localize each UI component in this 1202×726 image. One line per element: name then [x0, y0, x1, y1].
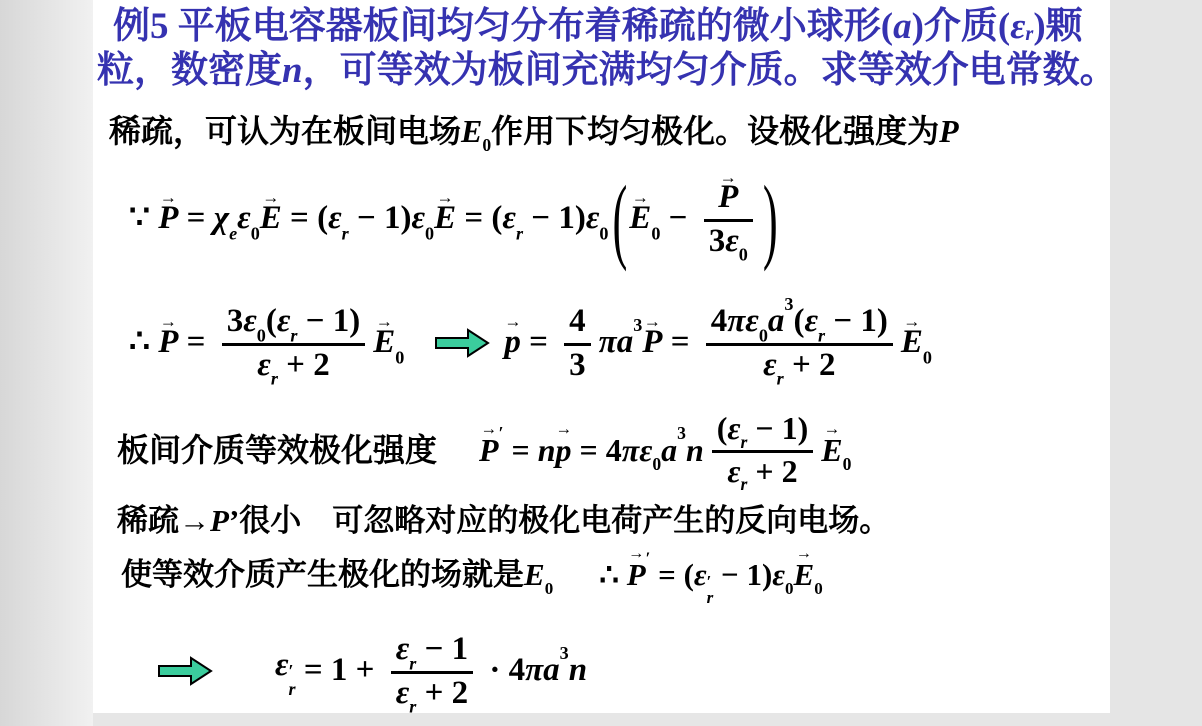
fraction: εr − 1εr + 2 — [391, 631, 473, 711]
vector-arrow-icon: → — [158, 313, 178, 330]
math-variable-core: ε — [411, 199, 425, 239]
math-letter: a — [661, 432, 677, 468]
slide-page: { "colors": { "title_blue": "#3532b0", "… — [0, 0, 1202, 726]
fraction: 4πε0a3(εr − 1)εr + 2 — [706, 303, 893, 383]
subscript: 0 — [545, 579, 554, 599]
text-run: 粒，数密度 — [97, 49, 282, 93]
math-letter: π — [599, 324, 617, 360]
subscript: r — [290, 326, 297, 346]
math-variable-core: χ — [214, 199, 229, 239]
superscript: ′ — [646, 548, 651, 568]
math-variable: εr — [277, 303, 298, 339]
math-variable-core: ε — [257, 347, 271, 383]
math-operator: − 1) — [713, 556, 772, 593]
math-variable-core: ε — [275, 646, 289, 686]
math-letter: ε — [502, 200, 516, 236]
math-operator: = — [662, 323, 697, 363]
math-operator: − 1) — [747, 411, 808, 446]
subscript: 0 — [759, 326, 768, 346]
math-variable: εr — [502, 199, 523, 239]
math-letter: n — [282, 50, 303, 91]
math-variable: ε0 — [243, 303, 266, 339]
text-run: ，可等效为板间充满均匀介质。求等效介电常数。 — [303, 49, 1117, 93]
math-operator: − 1) — [349, 199, 412, 239]
text-run: 稀疏，可认为在板间电场 — [109, 112, 461, 150]
math-letter: ε — [586, 200, 600, 236]
subscript: r — [707, 590, 714, 606]
math-variable: →E0 — [373, 323, 404, 363]
math-variable-core: →P — [479, 431, 499, 469]
math-variable: n — [538, 431, 556, 469]
math-variable-core: →P — [642, 323, 662, 363]
field-note-line: 使等效介质产生极化的场就是E0∴ →P′ = (ε′r − 1)ε0→E0 — [121, 556, 823, 614]
math-variable: →E0 — [794, 556, 823, 593]
math-variable: ε0 — [772, 556, 793, 593]
math-operator: − 1) — [825, 303, 888, 339]
vector-arrow-icon: → — [718, 169, 738, 186]
math-operator: − 1 — [416, 631, 468, 667]
subscript: r — [289, 681, 296, 698]
math-letter: P — [210, 503, 229, 538]
subscript: r — [818, 326, 825, 346]
math-variable-core: →P — [718, 179, 738, 215]
math-variable-core: ε — [586, 199, 600, 239]
math-variable-core: E — [461, 112, 482, 150]
subscript: 0 — [923, 347, 932, 369]
subscript: 0 — [257, 326, 266, 346]
math-letter: π — [622, 432, 639, 468]
math-variable-core: ε — [396, 675, 410, 711]
subscript: 0 — [739, 245, 748, 265]
math-variable: π — [622, 431, 639, 469]
math-variable: →P′ — [627, 556, 651, 593]
math-variable-core: →P — [158, 323, 178, 363]
math-variable-core: ε — [243, 303, 257, 339]
subscript: r — [741, 476, 748, 495]
math-letter: P — [939, 113, 959, 149]
formula-result: ε′r = 1 + εr − 1εr + 2 · 4πa3n — [157, 622, 587, 720]
math-variable-core: n — [538, 431, 556, 469]
math-letter: ε — [275, 647, 289, 683]
math-variable-core: →P — [627, 556, 646, 593]
math-variable: εr — [328, 199, 349, 239]
script-stack: ′r — [289, 663, 296, 697]
math-letter: n — [686, 432, 704, 468]
math-variable: ε0 — [725, 223, 748, 259]
text-run: 稀疏→ — [117, 502, 210, 539]
math-variable-core: n — [282, 49, 303, 93]
math-variable: n — [686, 431, 704, 469]
math-operator: 4 — [569, 303, 586, 339]
math-variable-core: →E — [260, 199, 282, 239]
math-letter: a — [768, 303, 785, 339]
math-variable-core: ε — [1010, 5, 1025, 49]
math-variable-core: ε — [727, 454, 740, 489]
formula-polarization-because: ∵ →P = χeε0→E = (εr − 1)ε0→E = (εr − 1)ε… — [129, 166, 780, 272]
math-operator: · 4 — [481, 651, 525, 691]
math-variable-core: ε — [396, 631, 410, 667]
fraction-numerator: 3ε0(εr − 1) — [222, 303, 366, 339]
math-variable-core: n — [569, 651, 587, 691]
math-variable: →P — [718, 179, 738, 215]
math-variable: a3 — [617, 323, 643, 363]
fraction-bar — [391, 671, 473, 674]
math-operator: + 2 — [278, 347, 330, 383]
math-variable: π — [599, 323, 617, 363]
subscript: 0 — [425, 223, 434, 245]
math-variable: →p — [504, 323, 521, 363]
subscript: 0 — [652, 454, 661, 475]
vector-arrow-icon: → — [504, 313, 521, 330]
math-variable-core: ε — [502, 199, 516, 239]
math-operator: = — [178, 199, 213, 239]
math-variable: χe — [214, 199, 237, 239]
math-variable-core: ε — [804, 303, 818, 339]
math-variable: P — [939, 112, 959, 150]
subscript: e — [229, 223, 237, 245]
math-letter: a — [893, 6, 912, 47]
math-variable: εr — [763, 347, 784, 383]
close-paren: ) — [763, 171, 778, 267]
math-operator: ∵ — [129, 199, 158, 239]
math-letter: ε — [727, 410, 740, 446]
math-variable: →E0 — [821, 431, 851, 469]
math-variable: εr — [396, 675, 417, 711]
fraction-numerator: 4πε0a3(εr − 1) — [706, 303, 893, 339]
superscript: ′ — [499, 423, 504, 444]
title-line-2: 粒，数密度n，可等效为板间充满均匀介质。求等效介电常数。 — [97, 49, 1107, 93]
math-operator: 3 — [709, 223, 726, 259]
math-variable: π — [727, 303, 745, 339]
vector-arrow-icon: → — [821, 421, 842, 438]
subscript: 0 — [651, 223, 660, 245]
math-variable-core: a — [768, 303, 785, 339]
math-variable: εr — [804, 303, 825, 339]
fraction-numerator: εr − 1 — [391, 631, 473, 667]
fraction-bar — [706, 343, 893, 346]
math-letter: ε — [237, 200, 251, 236]
math-variable-core: n — [686, 431, 704, 469]
math-variable-core: π — [599, 323, 617, 363]
superscript: 3 — [677, 423, 686, 444]
title-line-1: 例5 平板电容器板间均匀分布着稀疏的微小球形(a)介质(εr)颗 — [97, 5, 1107, 49]
math-variable-core: →E — [794, 556, 815, 593]
vector-arrow-icon: → — [373, 313, 395, 330]
math-letter: ε — [745, 303, 759, 339]
math-variable-core: ε — [772, 556, 785, 593]
math-variable: a3 — [543, 651, 569, 691]
slide-title: 例5 平板电容器板间均匀分布着稀疏的微小球形(a)介质(εr)颗 粒，数密度n，… — [97, 5, 1107, 93]
math-operator: + 2 — [784, 347, 836, 383]
math-variable-core: ε — [237, 199, 251, 239]
math-letter: ε — [243, 303, 257, 339]
fraction-denominator: εr + 2 — [252, 347, 334, 383]
math-variable-core: P — [939, 112, 959, 150]
math-variable-core: a — [893, 5, 912, 49]
math-variable-core: →E — [629, 199, 651, 239]
fraction-denominator: εr + 2 — [758, 347, 840, 383]
math-operator: + 2 — [416, 675, 468, 711]
math-variable: →P — [642, 323, 662, 363]
math-letter: ε — [277, 303, 291, 339]
vector-arrow-icon: → — [158, 189, 178, 206]
math-operator: = ( — [282, 199, 328, 239]
superscript: 3 — [560, 643, 569, 665]
fraction-denominator: 3ε0 — [704, 223, 753, 259]
math-variable: εr — [1010, 5, 1033, 49]
math-variable: →p — [556, 431, 572, 469]
subscript: r — [409, 654, 416, 674]
math-operator: = — [504, 431, 538, 469]
math-variable-core: ε — [694, 556, 707, 593]
math-letter: n — [569, 652, 587, 688]
paren-body: →E0 − →P3ε0 — [629, 179, 761, 259]
math-letter: ε — [772, 557, 785, 592]
subscript: 0 — [395, 347, 404, 369]
math-letter: π — [727, 303, 745, 339]
math-variable-core: →P — [158, 199, 178, 239]
spacer — [553, 584, 599, 585]
math-operator: = ( — [650, 556, 694, 593]
vector-arrow-icon: → — [627, 546, 646, 562]
math-variable-core: →E — [901, 323, 923, 363]
math-variable: a3 — [768, 303, 794, 339]
fraction-denominator: εr + 2 — [391, 675, 473, 711]
subscript: r — [271, 369, 278, 389]
spacer — [490, 343, 504, 344]
text-run: 作用下均匀极化。设极化强度为 — [491, 112, 939, 150]
math-variable: →P — [158, 323, 178, 363]
implies-arrow-icon — [157, 655, 213, 687]
formula-equivalent-polarization: 板间介质等效极化强度→P′ = n→p = 4πε0a3n(εr − 1)εr … — [117, 404, 851, 496]
spacer — [404, 343, 434, 344]
subscript: r — [741, 433, 748, 452]
math-letter: χ — [214, 200, 229, 236]
math-variable-core: →E — [434, 199, 456, 239]
math-variable: ε′r — [694, 556, 713, 604]
math-variable-core: →E — [821, 431, 842, 469]
math-letter: ε — [396, 675, 410, 711]
math-variable-core: a — [543, 651, 560, 691]
math-letter: n — [538, 432, 556, 468]
math-variable: P — [210, 502, 229, 539]
math-letter: ε — [694, 557, 707, 592]
math-variable-core: π — [622, 431, 639, 469]
math-operator: = — [178, 323, 213, 363]
math-operator: + 2 — [747, 454, 797, 489]
math-operator: = ( — [456, 199, 502, 239]
math-operator: ( — [266, 303, 277, 339]
math-variable-core: P — [210, 502, 229, 539]
fraction-denominator: 3 — [564, 347, 591, 383]
math-letter: ε — [727, 453, 740, 489]
math-variable: →E0 — [901, 323, 932, 363]
math-operator: ( — [717, 411, 728, 446]
spacer — [213, 671, 275, 672]
math-letter: a — [543, 652, 560, 688]
math-variable: →P′ — [479, 431, 504, 469]
fraction: 3ε0(εr − 1)εr + 2 — [222, 303, 366, 383]
math-variable: εr — [727, 411, 747, 446]
math-variable: ε0 — [237, 199, 260, 239]
math-operator: = — [521, 323, 556, 363]
math-letter: ε — [1010, 6, 1025, 47]
math-variable: ε0 — [639, 431, 661, 469]
math-letter: ε — [257, 347, 271, 383]
math-operator: = 1 + — [296, 651, 383, 691]
superscript: 3 — [784, 295, 793, 315]
fraction-denominator: εr + 2 — [722, 454, 802, 489]
subscript: 0 — [599, 223, 608, 245]
subscript: r — [1025, 12, 1033, 56]
math-variable-core: →p — [556, 431, 572, 469]
math-variable: εr — [727, 454, 747, 489]
math-letter: π — [525, 652, 543, 688]
math-operator: − 1) — [297, 303, 360, 339]
math-variable: →E0 — [629, 199, 660, 239]
math-variable-core: π — [525, 651, 543, 691]
math-variable: n — [569, 651, 587, 691]
text-run: 使等效介质产生极化的场就是 — [121, 556, 524, 593]
math-letter: ε — [396, 631, 410, 667]
math-variable-core: ε — [725, 223, 739, 259]
math-operator: ∴ — [599, 556, 626, 593]
text-run: )颗 — [1033, 5, 1082, 49]
math-variable: εr — [257, 347, 278, 383]
vector-arrow-icon: → — [629, 189, 651, 206]
math-letter: ε — [328, 200, 342, 236]
math-operator: ’ — [229, 502, 239, 539]
math-variable: →E — [260, 199, 282, 239]
fraction-bar — [704, 219, 753, 222]
math-variable: ε0 — [411, 199, 434, 239]
paren-group: (→E0 − →P3ε0) — [610, 179, 779, 259]
math-variable: π — [525, 651, 543, 691]
vector-arrow-icon: → — [479, 421, 499, 438]
vector-arrow-icon: → — [794, 546, 815, 562]
math-variable: a3 — [661, 431, 686, 469]
fraction: (εr − 1)εr + 2 — [712, 411, 814, 488]
intro-line: 稀疏，可认为在板间电场E0作用下均匀极化。设极化强度为P — [109, 112, 959, 150]
math-variable: ε0 — [745, 303, 768, 339]
math-variable-core: ε — [763, 347, 777, 383]
math-variable-core: a — [617, 323, 634, 363]
open-paren: ( — [612, 171, 627, 267]
math-variable-core: ε — [727, 411, 740, 446]
left-gray-band — [0, 0, 93, 726]
subscript: 0 — [814, 579, 823, 599]
math-operator: ∴ — [129, 323, 158, 363]
fraction-numerator: 4 — [564, 303, 591, 339]
math-variable-core: →p — [504, 323, 521, 363]
right-gray-band — [1110, 0, 1202, 726]
fraction-numerator: →P — [713, 179, 743, 215]
fraction-numerator: (εr − 1) — [712, 411, 814, 446]
vector-arrow-icon: → — [556, 421, 572, 438]
math-letter: ε — [763, 347, 777, 383]
subscript: r — [777, 369, 784, 389]
superscript: 3 — [633, 315, 642, 337]
math-variable: →E — [434, 199, 456, 239]
fraction: 43 — [564, 303, 591, 383]
slide-content-area: 例5 平板电容器板间均匀分布着稀疏的微小球形(a)介质(εr)颗 粒，数密度n，… — [93, 0, 1110, 713]
math-variable-core: E — [524, 556, 545, 593]
text-run: 板间介质等效极化强度 — [117, 431, 437, 469]
math-operator: − 1) — [523, 199, 586, 239]
subscript: r — [516, 223, 523, 245]
subscript: r — [342, 223, 349, 245]
implies-arrow-icon — [434, 327, 490, 359]
text-run: 例5 平板电容器板间均匀分布着稀疏的微小球形( — [113, 5, 893, 49]
math-variable-core: ε — [639, 431, 652, 469]
subscript: 0 — [251, 223, 260, 245]
math-letter: E — [524, 557, 545, 592]
math-operator: − — [660, 199, 695, 239]
formula-polarization-therefore: ∴ →P = 3ε0(εr − 1)εr + 2→E0→p = 43πa3→P … — [129, 294, 932, 392]
math-letter: ε — [639, 432, 652, 468]
math-variable-core: ε — [745, 303, 759, 339]
math-variable: n — [282, 49, 303, 93]
math-variable: ε′r — [275, 646, 296, 695]
math-operator: ( — [793, 303, 804, 339]
fraction-bar — [564, 343, 591, 346]
text-run: 很小 可忽略对应的极化电荷产生的反向电场。 — [239, 502, 890, 539]
vector-arrow-icon: → — [260, 189, 282, 206]
math-variable: E0 — [524, 556, 553, 593]
subscript: r — [409, 697, 416, 717]
math-operator: = 4 — [572, 431, 622, 469]
vector-arrow-icon: → — [642, 313, 662, 330]
math-letter: a — [617, 324, 634, 360]
math-operator: 3 — [569, 347, 586, 383]
fraction: →P3ε0 — [704, 179, 753, 259]
math-variable-core: ε — [328, 199, 342, 239]
math-variable-core: →E — [373, 323, 395, 363]
math-variable-core: ε — [277, 303, 291, 339]
vector-arrow-icon: → — [901, 313, 923, 330]
math-operator: 3 — [227, 303, 244, 339]
math-letter: ε — [411, 200, 425, 236]
math-operator: 4 — [711, 303, 728, 339]
math-variable: E0 — [461, 112, 491, 150]
vector-arrow-icon: → — [434, 189, 456, 206]
math-variable: ε0 — [586, 199, 609, 239]
math-variable: →P — [158, 199, 178, 239]
math-variable: εr — [396, 631, 417, 667]
subscript: 0 — [843, 454, 852, 475]
math-variable-core: a — [661, 431, 677, 469]
script-stack: ′r — [707, 574, 714, 606]
sparse-note-line: 稀疏→P’很小 可忽略对应的极化电荷产生的反向电场。 — [117, 502, 890, 539]
text-run: )介质( — [912, 5, 1011, 49]
math-variable: a — [893, 5, 912, 49]
math-variable-core: π — [727, 303, 745, 339]
subscript: 0 — [785, 579, 794, 599]
math-letter: ε — [725, 223, 739, 259]
subscript: 0 — [482, 135, 491, 156]
math-letter: ε — [804, 303, 818, 339]
math-letter: E — [461, 113, 482, 149]
spacer — [437, 450, 479, 451]
